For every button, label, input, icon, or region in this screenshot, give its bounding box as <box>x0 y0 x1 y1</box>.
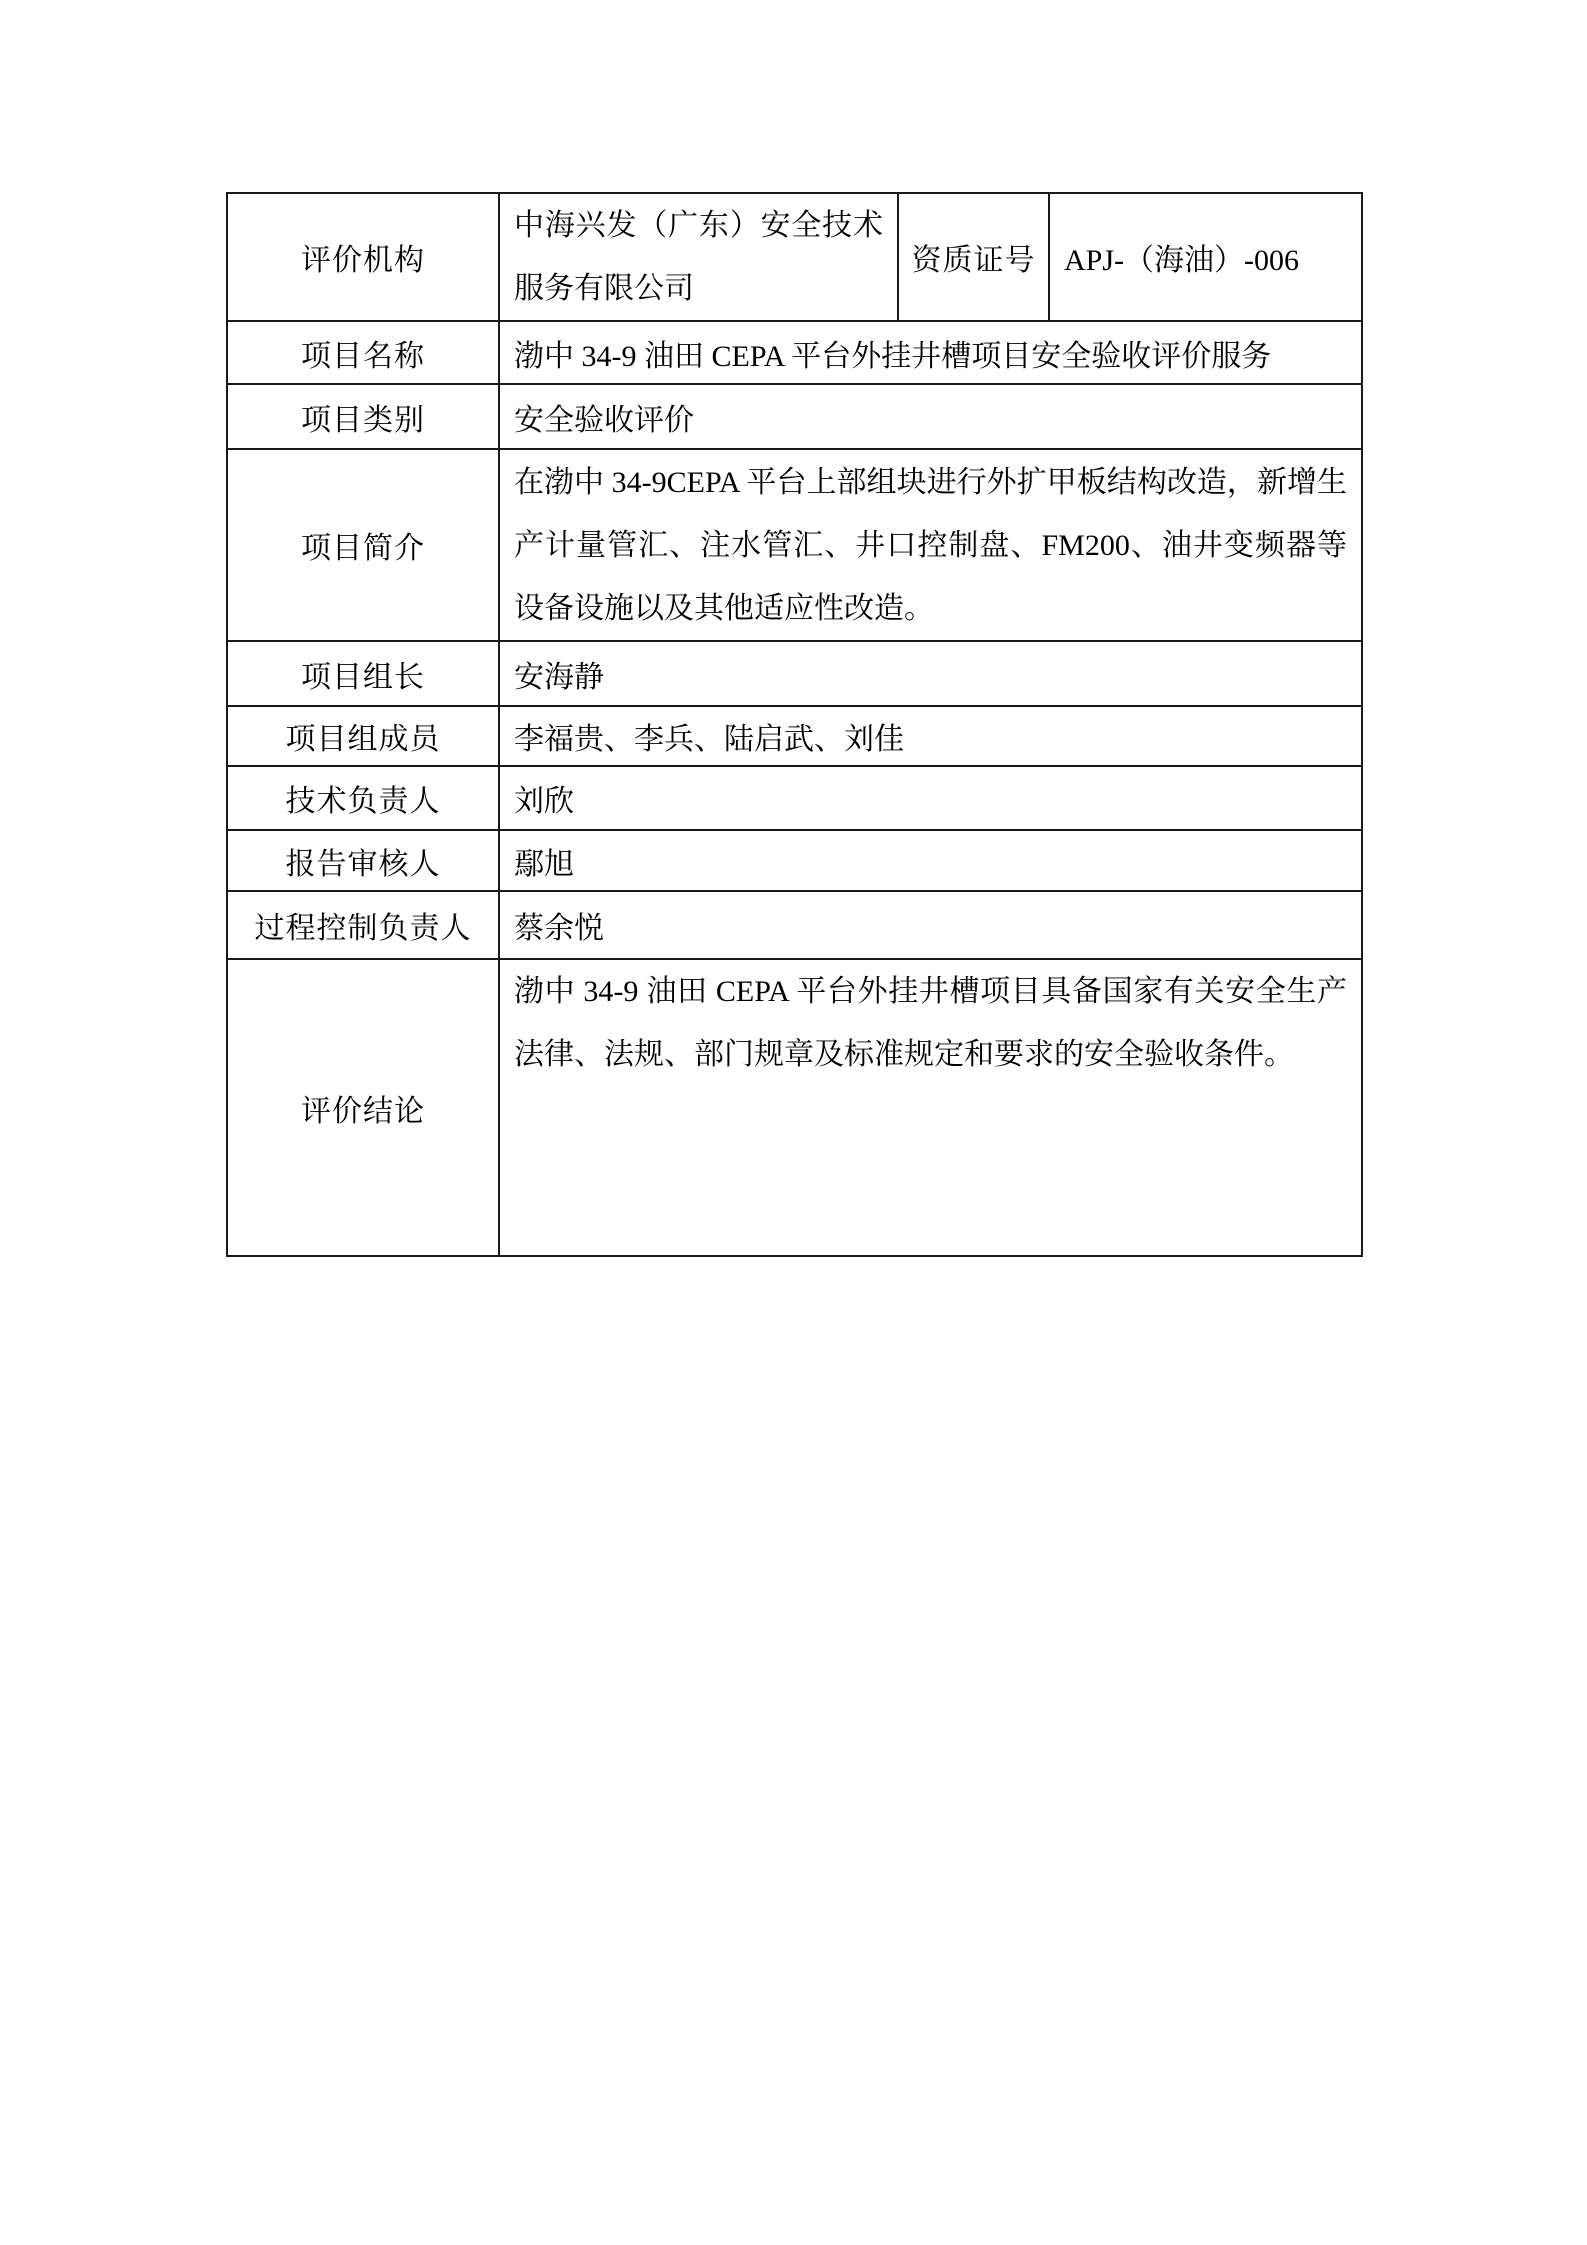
evaluation-conclusion-label-cell: 评价结论 <box>227 959 499 1256</box>
project-intro-value-cell: 在渤中 34-9CEPA 平台上部组块进行外扩甲板结构改造，新增生产计量管汇、注… <box>499 449 1362 641</box>
table-row-project-intro: 项目简介 在渤中 34-9CEPA 平台上部组块进行外扩甲板结构改造，新增生产计… <box>227 449 1362 641</box>
table-row-technical-lead: 技术负责人 刘欣 <box>227 766 1362 830</box>
project-members-value-cell: 李福贵、李兵、陆启武、刘佳 <box>499 706 1362 766</box>
project-category-label-cell: 项目类别 <box>227 384 499 449</box>
agency-label-cell: 评价机构 <box>227 193 499 321</box>
project-intro-label-cell: 项目简介 <box>227 449 499 641</box>
table-row-agency: 评价机构 中海兴发（广东）安全技术服务有限公司 资质证号 APJ-（海油）-00… <box>227 193 1362 321</box>
table-row-project-category: 项目类别 安全验收评价 <box>227 384 1362 449</box>
report-reviewer-label-cell: 报告审核人 <box>227 830 499 891</box>
table-row-project-members: 项目组成员 李福贵、李兵、陆启武、刘佳 <box>227 706 1362 766</box>
project-leader-label-cell: 项目组长 <box>227 641 499 706</box>
process-controller-value-cell: 蔡余悦 <box>499 891 1362 959</box>
table-row-process-controller: 过程控制负责人 蔡余悦 <box>227 891 1362 959</box>
table-row-report-reviewer: 报告审核人 鄢旭 <box>227 830 1362 891</box>
table-row-evaluation-conclusion: 评价结论 渤中 34-9 油田 CEPA 平台外挂井槽项目具备国家有关安全生产法… <box>227 959 1362 1256</box>
project-info-table: 评价机构 中海兴发（广东）安全技术服务有限公司 资质证号 APJ-（海油）-00… <box>226 192 1363 1257</box>
table-row-project-name: 项目名称 渤中 34-9 油田 CEPA 平台外挂井槽项目安全验收评价服务 <box>227 321 1362 384</box>
technical-lead-label-cell: 技术负责人 <box>227 766 499 830</box>
cert-number-value-cell: APJ-（海油）-006 <box>1049 193 1362 321</box>
report-reviewer-value-cell: 鄢旭 <box>499 830 1362 891</box>
project-members-label-cell: 项目组成员 <box>227 706 499 766</box>
agency-value-cell: 中海兴发（广东）安全技术服务有限公司 <box>499 193 898 321</box>
evaluation-conclusion-value-cell: 渤中 34-9 油田 CEPA 平台外挂井槽项目具备国家有关安全生产法律、法规、… <box>499 959 1362 1256</box>
project-leader-value-cell: 安海静 <box>499 641 1362 706</box>
project-name-label-cell: 项目名称 <box>227 321 499 384</box>
project-category-value-cell: 安全验收评价 <box>499 384 1362 449</box>
project-name-value-cell: 渤中 34-9 油田 CEPA 平台外挂井槽项目安全验收评价服务 <box>499 321 1362 384</box>
technical-lead-value-cell: 刘欣 <box>499 766 1362 830</box>
document-page: 评价机构 中海兴发（广东）安全技术服务有限公司 资质证号 APJ-（海油）-00… <box>0 0 1587 2245</box>
process-controller-label-cell: 过程控制负责人 <box>227 891 499 959</box>
table-row-project-leader: 项目组长 安海静 <box>227 641 1362 706</box>
cert-number-label-cell: 资质证号 <box>898 193 1049 321</box>
